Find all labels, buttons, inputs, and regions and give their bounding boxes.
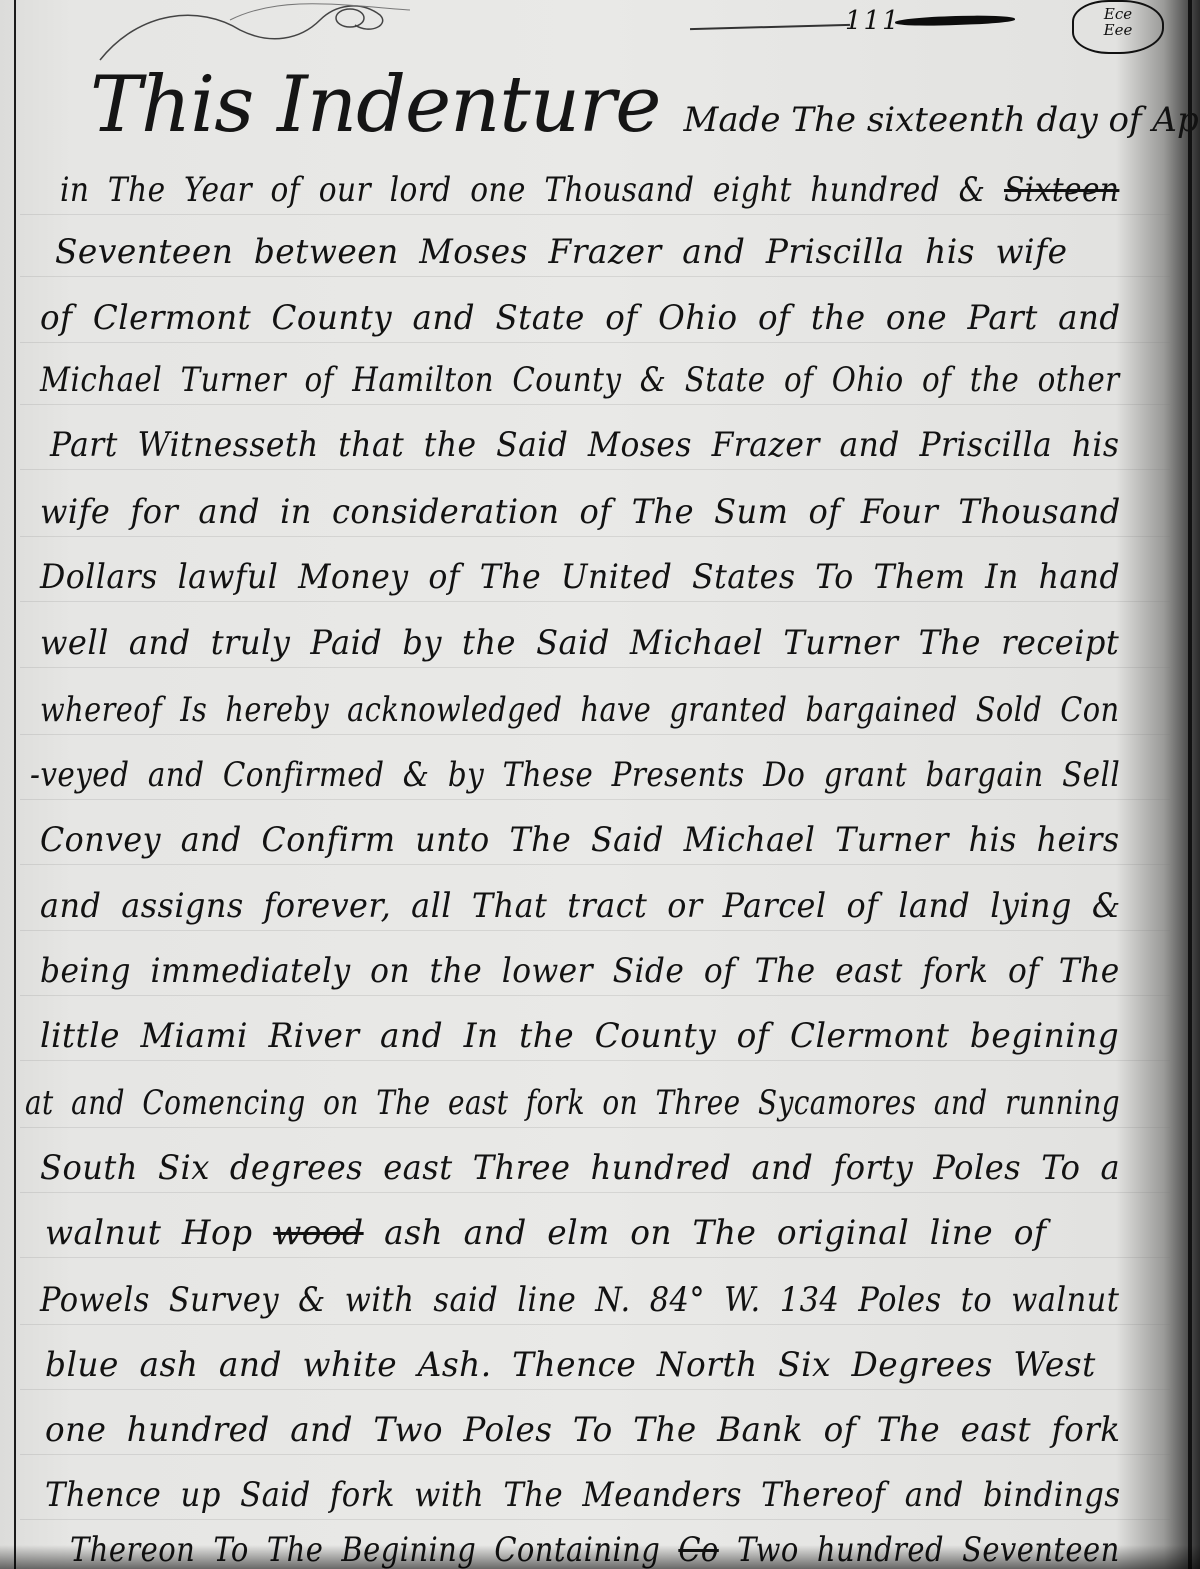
ledger-rule [20, 214, 1170, 215]
line-text: being immediately on the lower Side of T… [40, 951, 1120, 991]
deed-text-line: Part Witnesseth that the Said Moses Fraz… [50, 425, 1073, 465]
line-text: wife for and in consideration of The Sum… [40, 492, 1121, 532]
struck-through-word: wood [273, 1213, 363, 1253]
line-text: Part Witnesseth that the Said Moses Fraz… [50, 425, 1119, 465]
deed-text-line: Thereon To The Begining Containing Co Tw… [70, 1530, 999, 1569]
line-text: Michael Turner of Hamilton County & Stat… [40, 360, 1120, 400]
deed-text-line: Seventeen between Moses Frazer and Prisc… [55, 232, 1120, 272]
title-heading: This Indenture [90, 60, 660, 150]
corner-ornament: Ece Eee [1072, 0, 1164, 54]
deed-text-line: whereof Is hereby acknowledged have gran… [40, 690, 990, 730]
ledger-rule [20, 734, 1170, 735]
deed-text-line: Convey and Confirm unto The Said Michael… [40, 820, 1083, 860]
line-text: Thereon To The Begining Containing [70, 1530, 660, 1569]
deed-page: 111 Ece Eee This Indenture Made The sixt… [0, 0, 1200, 1569]
deed-text-line: walnut Hop wood ash and elm on The origi… [45, 1213, 1120, 1253]
ledger-rule [20, 1389, 1170, 1390]
ledger-rule [20, 469, 1170, 470]
ledger-rule [20, 930, 1170, 931]
line-text: and assigns forever, all That tract or P… [40, 886, 1121, 926]
deed-text-line: blue ash and white Ash. Thence North Six… [45, 1345, 1120, 1385]
page-binding-edge [1188, 0, 1192, 1569]
line-text: of Clermont County and State of Ohio of … [40, 298, 1121, 338]
ledger-rule [20, 667, 1170, 668]
ledger-rule [20, 1519, 1170, 1520]
deed-title: This Indenture Made The sixteenth day of… [90, 60, 1200, 150]
ledger-rule [20, 864, 1170, 865]
line-text: walnut Hop [45, 1213, 253, 1253]
ledger-rule [20, 536, 1170, 537]
header-rule [690, 24, 850, 30]
deed-text-line: -veyed and Confirmed & by These Presents… [30, 755, 1007, 795]
ledger-rule [20, 1257, 1170, 1258]
line-text: South Six degrees east Three hundred and… [40, 1148, 1120, 1188]
line-text: Thence up Said fork with The Meanders Th… [45, 1475, 1121, 1515]
line-text: Powels Survey & with said line N. 84° W.… [40, 1280, 1119, 1320]
header-ink-stroke [895, 14, 1015, 27]
left-margin-rule [14, 0, 16, 1569]
deed-text-line: Thence up Said fork with The Meanders Th… [45, 1475, 1052, 1515]
deed-text-line: and assigns forever, all That tract or P… [40, 886, 1089, 926]
ledger-rule [20, 1060, 1170, 1061]
line-text: whereof Is hereby acknowledged have gran… [40, 690, 1120, 730]
deed-text-line: Michael Turner of Hamilton County & Stat… [40, 360, 1008, 400]
page-number: 111 [845, 6, 901, 36]
deed-text-line: being immediately on the lower Side of T… [40, 951, 1069, 991]
deed-text-line: at and Comencing on The east fork on Thr… [25, 1083, 957, 1123]
line-text: Dollars lawful Money of The United State… [40, 557, 1120, 597]
ledger-rule [20, 601, 1170, 602]
struck-through-word: Sixteen [1004, 170, 1119, 210]
line-text: -veyed and Confirmed & by These Presents… [30, 755, 1120, 795]
line-text: at and Comencing on The east fork on Thr… [25, 1083, 1120, 1123]
ledger-rule [20, 995, 1170, 996]
ledger-rule [20, 1454, 1170, 1455]
line-text: little Miami River and In the County of … [40, 1016, 1119, 1056]
line-text-continued: ash and elm on The original line of [384, 1213, 1046, 1253]
deed-text-line: South Six degrees east Three hundred and… [40, 1148, 1097, 1188]
line-text: in The Year of our lord one Thousand eig… [60, 170, 985, 210]
line-text: well and truly Paid by the Said Michael … [40, 623, 1119, 663]
deed-text-line: well and truly Paid by the Said Michael … [40, 623, 1096, 663]
deed-text-line: of Clermont County and State of Ohio of … [40, 298, 1111, 338]
deed-text-line: one hundred and Two Poles To The Bank of… [45, 1410, 1114, 1450]
struck-through-word: Co [678, 1530, 718, 1569]
ledger-rule [20, 799, 1170, 800]
title-continuation: Made The sixteenth day of April [684, 100, 1200, 140]
line-text: blue ash and white Ash. Thence North Six… [45, 1345, 1096, 1385]
deed-text-line: in The Year of our lord one Thousand eig… [60, 170, 1017, 210]
ledger-rule [20, 1192, 1170, 1193]
deed-text-line: Dollars lawful Money of The United State… [40, 557, 1079, 597]
line-text-continued: Two hundred Seventeen [737, 1530, 1120, 1569]
ledger-rule [20, 404, 1170, 405]
ledger-rule [20, 276, 1170, 277]
ledger-rule [20, 1127, 1170, 1128]
ledger-rule [20, 1324, 1170, 1325]
deed-text-line: Powels Survey & with said line N. 84° W.… [40, 1280, 1044, 1320]
corner-ornament-text: Ece Eee [1104, 5, 1133, 39]
line-text: Seventeen between Moses Frazer and Prisc… [55, 232, 1068, 272]
line-text: one hundred and Two Poles To The Bank of… [45, 1410, 1121, 1450]
deed-text-line: little Miami River and In the County of … [40, 1016, 1119, 1056]
line-text: Convey and Confirm unto The Said Michael… [40, 820, 1120, 860]
deed-text-line: wife for and in consideration of The Sum… [40, 492, 1095, 532]
ledger-rule [20, 342, 1170, 343]
